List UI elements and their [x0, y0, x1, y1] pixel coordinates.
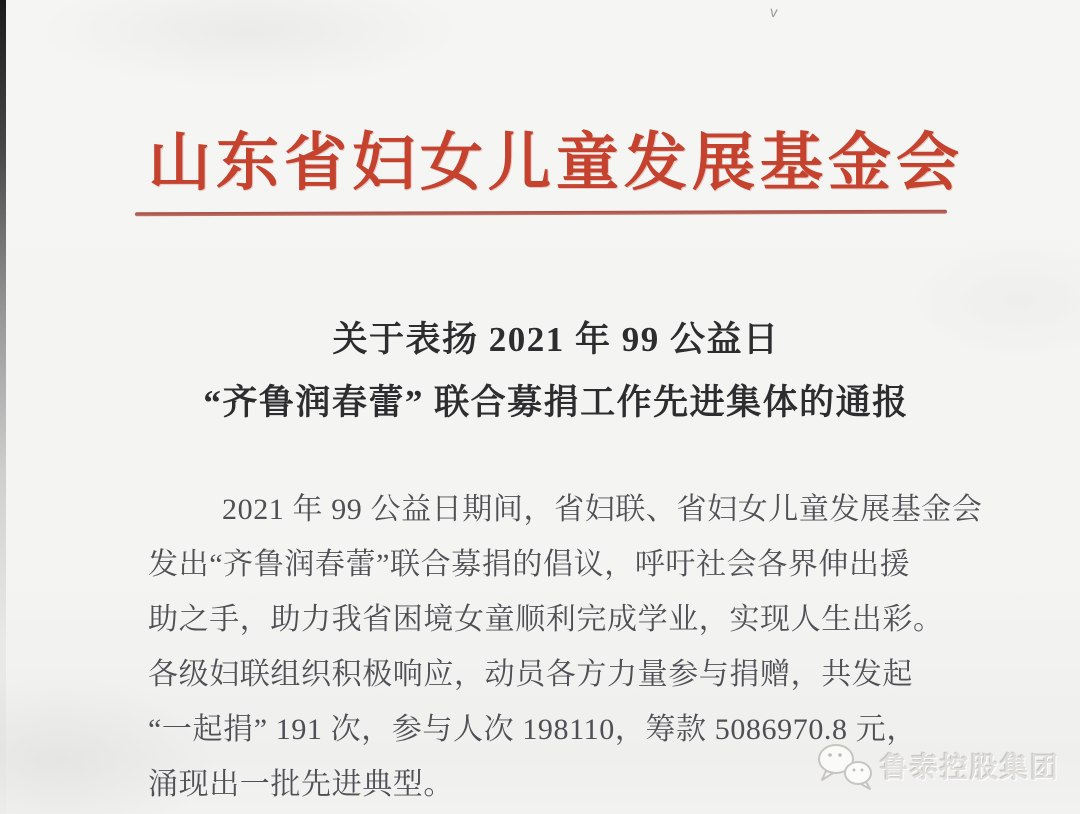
body-line-2: 发出“齐鲁润春蕾”联合募捐的倡议，呼吁社会各界伸出援 [148, 537, 948, 592]
document-title: 关于表扬 2021 年 99 公益日 “齐鲁润春蕾” 联合募捐工作先进集体的通报 [16, 308, 1080, 434]
scanned-document-page: v 山东省妇女儿童发展基金会 关于表扬 2021 年 99 公益日 “齐鲁润春蕾… [0, 0, 1080, 814]
wechat-icon [816, 740, 874, 792]
watermark-label: 鲁泰控股集团 [880, 746, 1060, 786]
scan-artifact: v [769, 4, 779, 22]
body-line-4: 各级妇联组织积极响应，动员各方力量参与捐赠，共发起 [148, 647, 948, 702]
letterhead-title: 山东省妇女儿童发展基金会 [16, 112, 1080, 203]
document-title-line1: 关于表扬 2021 年 99 公益日 [16, 308, 1080, 371]
letterhead-divider [135, 210, 947, 217]
scan-edge-shadow [0, 0, 6, 814]
watermark: 鲁泰控股集团 [816, 740, 1060, 792]
body-line-1: 2021 年 99 公益日期间，省妇联、省妇女儿童发展基金会 [148, 482, 948, 537]
document-title-line2: “齐鲁润春蕾” 联合募捐工作先进集体的通报 [16, 371, 1080, 434]
body-line-3: 助之手，助力我省困境女童顺利完成学业，实现人生出彩。 [148, 592, 948, 647]
